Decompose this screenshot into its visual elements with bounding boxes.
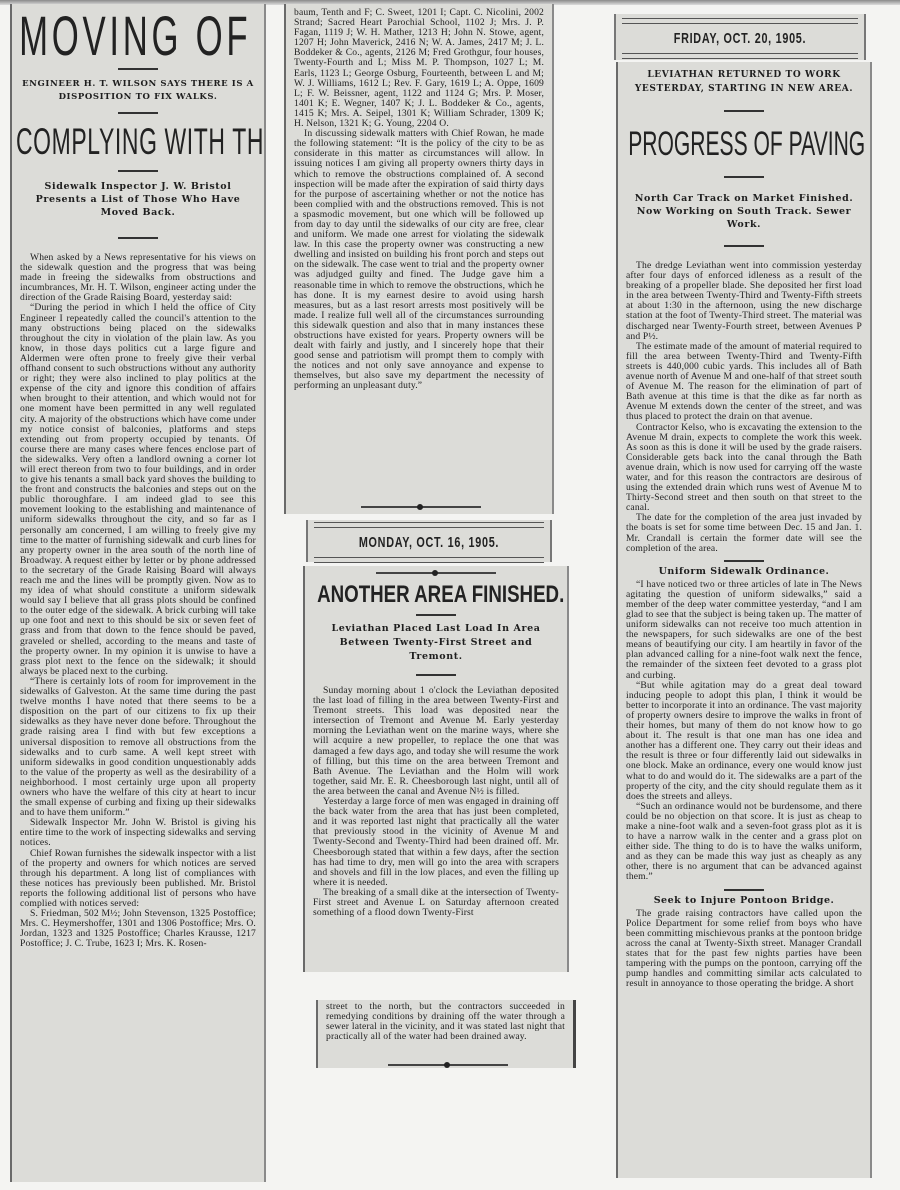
- clipping-another-area-finished: ANOTHER AREA FINISHED. Leviathan Placed …: [303, 566, 569, 972]
- paragraph: When asked by a News representative for …: [20, 253, 256, 303]
- article-body: The dredge Leviathan went into commissio…: [618, 261, 870, 554]
- divider-rule: [118, 68, 158, 70]
- double-rule: [314, 557, 544, 563]
- article-body: baum, Tenth and F; C. Sweet, 1201 I; Cap…: [286, 8, 552, 392]
- date-label: FRIDAY, OCT. 20, 1905.: [651, 30, 830, 47]
- headline-2: COMPLYING WITH THE LAW: [16, 122, 264, 162]
- deck: North Car Track on Market Finished. Now …: [628, 192, 860, 231]
- divider-rule: [118, 237, 158, 239]
- article-body: The grade raising contractors have calle…: [618, 909, 870, 990]
- end-ornament-rule: [361, 506, 481, 508]
- date-label: MONDAY, OCT. 16, 1905.: [342, 534, 516, 551]
- divider-rule: [118, 170, 158, 172]
- double-rule: [314, 522, 544, 528]
- clipping-another-area-continuation: street to the north, but the contractors…: [316, 1000, 576, 1068]
- divider-rule: [416, 674, 456, 676]
- headline: MOVING OF FENCES: [19, 12, 261, 60]
- article-body: “I have noticed two or three articles of…: [618, 580, 870, 883]
- deck: ENGINEER H. T. WILSON SAYS THERE IS A DI…: [22, 78, 254, 104]
- paragraph: Contractor Kelso, who is excavating the …: [626, 423, 862, 514]
- date-banner-monday: MONDAY, OCT. 16, 1905.: [306, 520, 552, 562]
- divider-rule: [724, 560, 764, 562]
- deck: Leviathan Placed Last Load In Area Betwe…: [315, 622, 557, 664]
- divider-rule: [118, 112, 158, 114]
- end-ornament-rule: [388, 1064, 508, 1066]
- paragraph: The grade raising contractors have calle…: [626, 909, 862, 990]
- paragraph: baum, Tenth and F; C. Sweet, 1201 I; Cap…: [294, 8, 544, 129]
- ornament-rule: [376, 572, 496, 574]
- clipping-progress-of-paving-repairs: LEVIATHAN RETURNED TO WORK YESTERDAY, ST…: [616, 62, 872, 1178]
- paragraph: “Such an ordinance would not be burdenso…: [626, 802, 862, 883]
- clipping-moving-of-fences: MOVING OF FENCES ENGINEER H. T. WILSON S…: [10, 4, 266, 1182]
- double-rule: [622, 53, 858, 59]
- date-banner-friday: FRIDAY, OCT. 20, 1905.: [614, 14, 866, 60]
- paragraph: Yesterday a large force of men was engag…: [313, 797, 559, 888]
- article-body: Sunday morning about 1 o'clock the Levia…: [305, 686, 567, 918]
- paragraph: Sunday morning about 1 o'clock the Levia…: [313, 686, 559, 797]
- paragraph: In discussing sidewalk matters with Chie…: [294, 129, 544, 391]
- divider-rule: [724, 176, 764, 178]
- paragraph: Sidewalk Inspector Mr. John W. Bristol i…: [20, 818, 256, 848]
- paragraph: “I have noticed two or three articles of…: [626, 580, 862, 681]
- divider-rule: [724, 889, 764, 891]
- deck-2: Sidewalk Inspector J. W. Bristol Present…: [22, 180, 254, 219]
- paragraph: The date for the completion of the area …: [626, 513, 862, 553]
- paragraph: “During the period in which I held the o…: [20, 303, 256, 676]
- headline: PROGRESS OF PAVING REPAIRS: [628, 126, 864, 162]
- paragraph: street to the north, but the contractors…: [326, 1002, 565, 1042]
- paragraph: The breaking of a small dike at the inte…: [313, 888, 559, 918]
- divider-rule: [416, 614, 456, 616]
- deck-top: LEVIATHAN RETURNED TO WORK YESTERDAY, ST…: [628, 68, 860, 96]
- divider-rule: [724, 245, 764, 247]
- clipping-continuation: baum, Tenth and F; C. Sweet, 1201 I; Cap…: [284, 4, 554, 514]
- subhead-uniform-sidewalk: Uniform Sidewalk Ordinance.: [618, 566, 870, 577]
- paragraph: S. Friedman, 502 M½; John Stevenson, 132…: [20, 909, 256, 949]
- paragraph: “There is certainly lots of room for imp…: [20, 677, 256, 818]
- paragraph: “But while agitation may do a great deal…: [626, 681, 862, 802]
- paragraph: The estimate made of the amount of mater…: [626, 342, 862, 423]
- headline: ANOTHER AREA FINISHED.: [317, 580, 559, 610]
- subhead-pontoon-bridge: Seek to Injure Pontoon Bridge.: [618, 895, 870, 906]
- paragraph: Chief Rowan furnishes the sidewalk inspe…: [20, 849, 256, 910]
- paragraph: The dredge Leviathan went into commissio…: [626, 261, 862, 342]
- double-rule: [622, 18, 858, 24]
- article-body: When asked by a News representative for …: [12, 253, 264, 949]
- divider-rule: [724, 110, 764, 112]
- article-body: street to the north, but the contractors…: [318, 1002, 573, 1042]
